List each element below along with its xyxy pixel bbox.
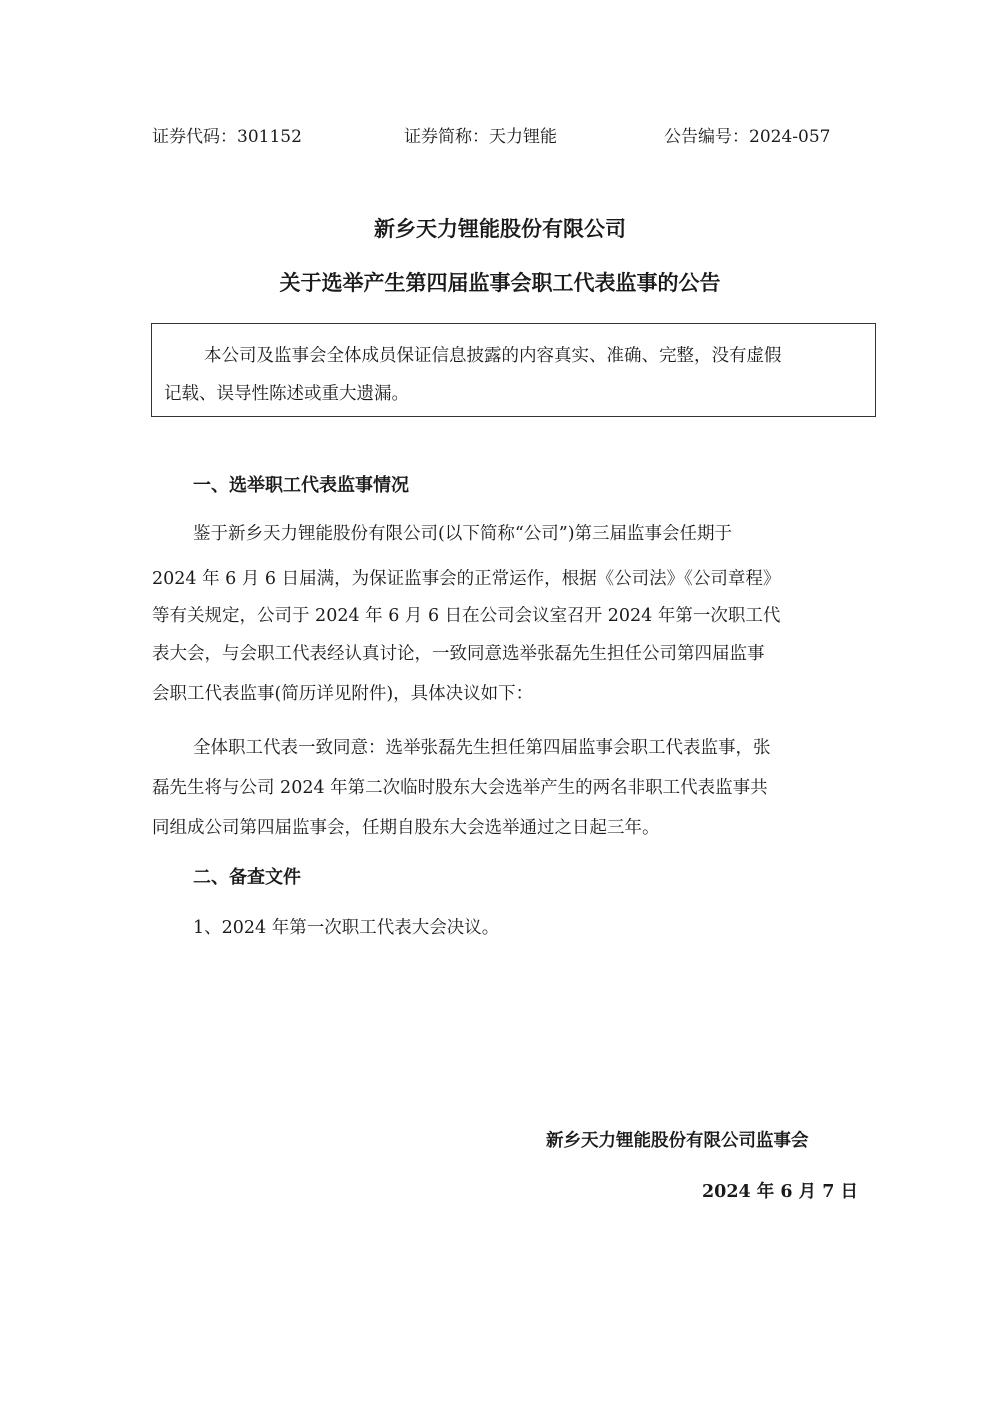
disclaimer-box: 本公司及监事会全体成员保证信息披露的内容真实、准确、完整，没有虚假 记载、误导性… bbox=[151, 323, 876, 417]
paragraph-line: 鉴于新乡天力锂能股份有限公司(以下简称“公司”)第三届监事会任期于 bbox=[193, 520, 732, 545]
announcement-number: 公告编号：2024-057 bbox=[664, 122, 830, 147]
announcement-title: 关于选举产生第四届监事会职工代表监事的公告 bbox=[0, 267, 1000, 297]
paragraph-line: 会职工代表监事(简历详见附件)，具体决议如下： bbox=[152, 680, 533, 705]
paragraph-line: 磊先生将与公司 2024 年第二次临时股东大会选举产生的两名非职工代表监事共 bbox=[152, 774, 768, 799]
signature-date: 2024 年 6 月 7 日 bbox=[702, 1178, 858, 1203]
stock-code: 证券代码：301152 bbox=[152, 122, 302, 147]
paragraph-line: 等有关规定，公司于 2024 年 6 月 6 日在公司会议室召开 2024 年第… bbox=[152, 602, 780, 627]
paragraph-line: 同组成公司第四届监事会，任期自股东大会选举通过之日起三年。 bbox=[152, 814, 660, 839]
section-2-heading: 二、备查文件 bbox=[193, 863, 301, 889]
paragraph-line: 2024 年 6 月 6 日届满，为保证监事会的正常运作，根据《公司法》《公司章… bbox=[152, 565, 780, 590]
paragraph-line: 全体职工代表一致同意：选举张磊先生担任第四届监事会职工代表监事，张 bbox=[193, 734, 771, 759]
company-title: 新乡天力锂能股份有限公司 bbox=[0, 213, 1000, 243]
paragraph-line: 表大会，与会职工代表经认真讨论，一致同意选举张磊先生担任公司第四届监事 bbox=[152, 640, 765, 665]
disclaimer-line-2: 记载、误导性陈述或重大遗漏。 bbox=[164, 380, 409, 405]
stock-abbreviation: 证券简称：天力锂能 bbox=[404, 122, 557, 147]
disclaimer-line-1: 本公司及监事会全体成员保证信息披露的内容真实、准确、完整，没有虚假 bbox=[204, 342, 782, 367]
reference-document-item: 1、2024 年第一次职工代表大会决议。 bbox=[193, 914, 499, 939]
signature-org: 新乡天力锂能股份有限公司监事会 bbox=[546, 1127, 809, 1152]
section-1-heading: 一、选举职工代表监事情况 bbox=[193, 471, 409, 497]
